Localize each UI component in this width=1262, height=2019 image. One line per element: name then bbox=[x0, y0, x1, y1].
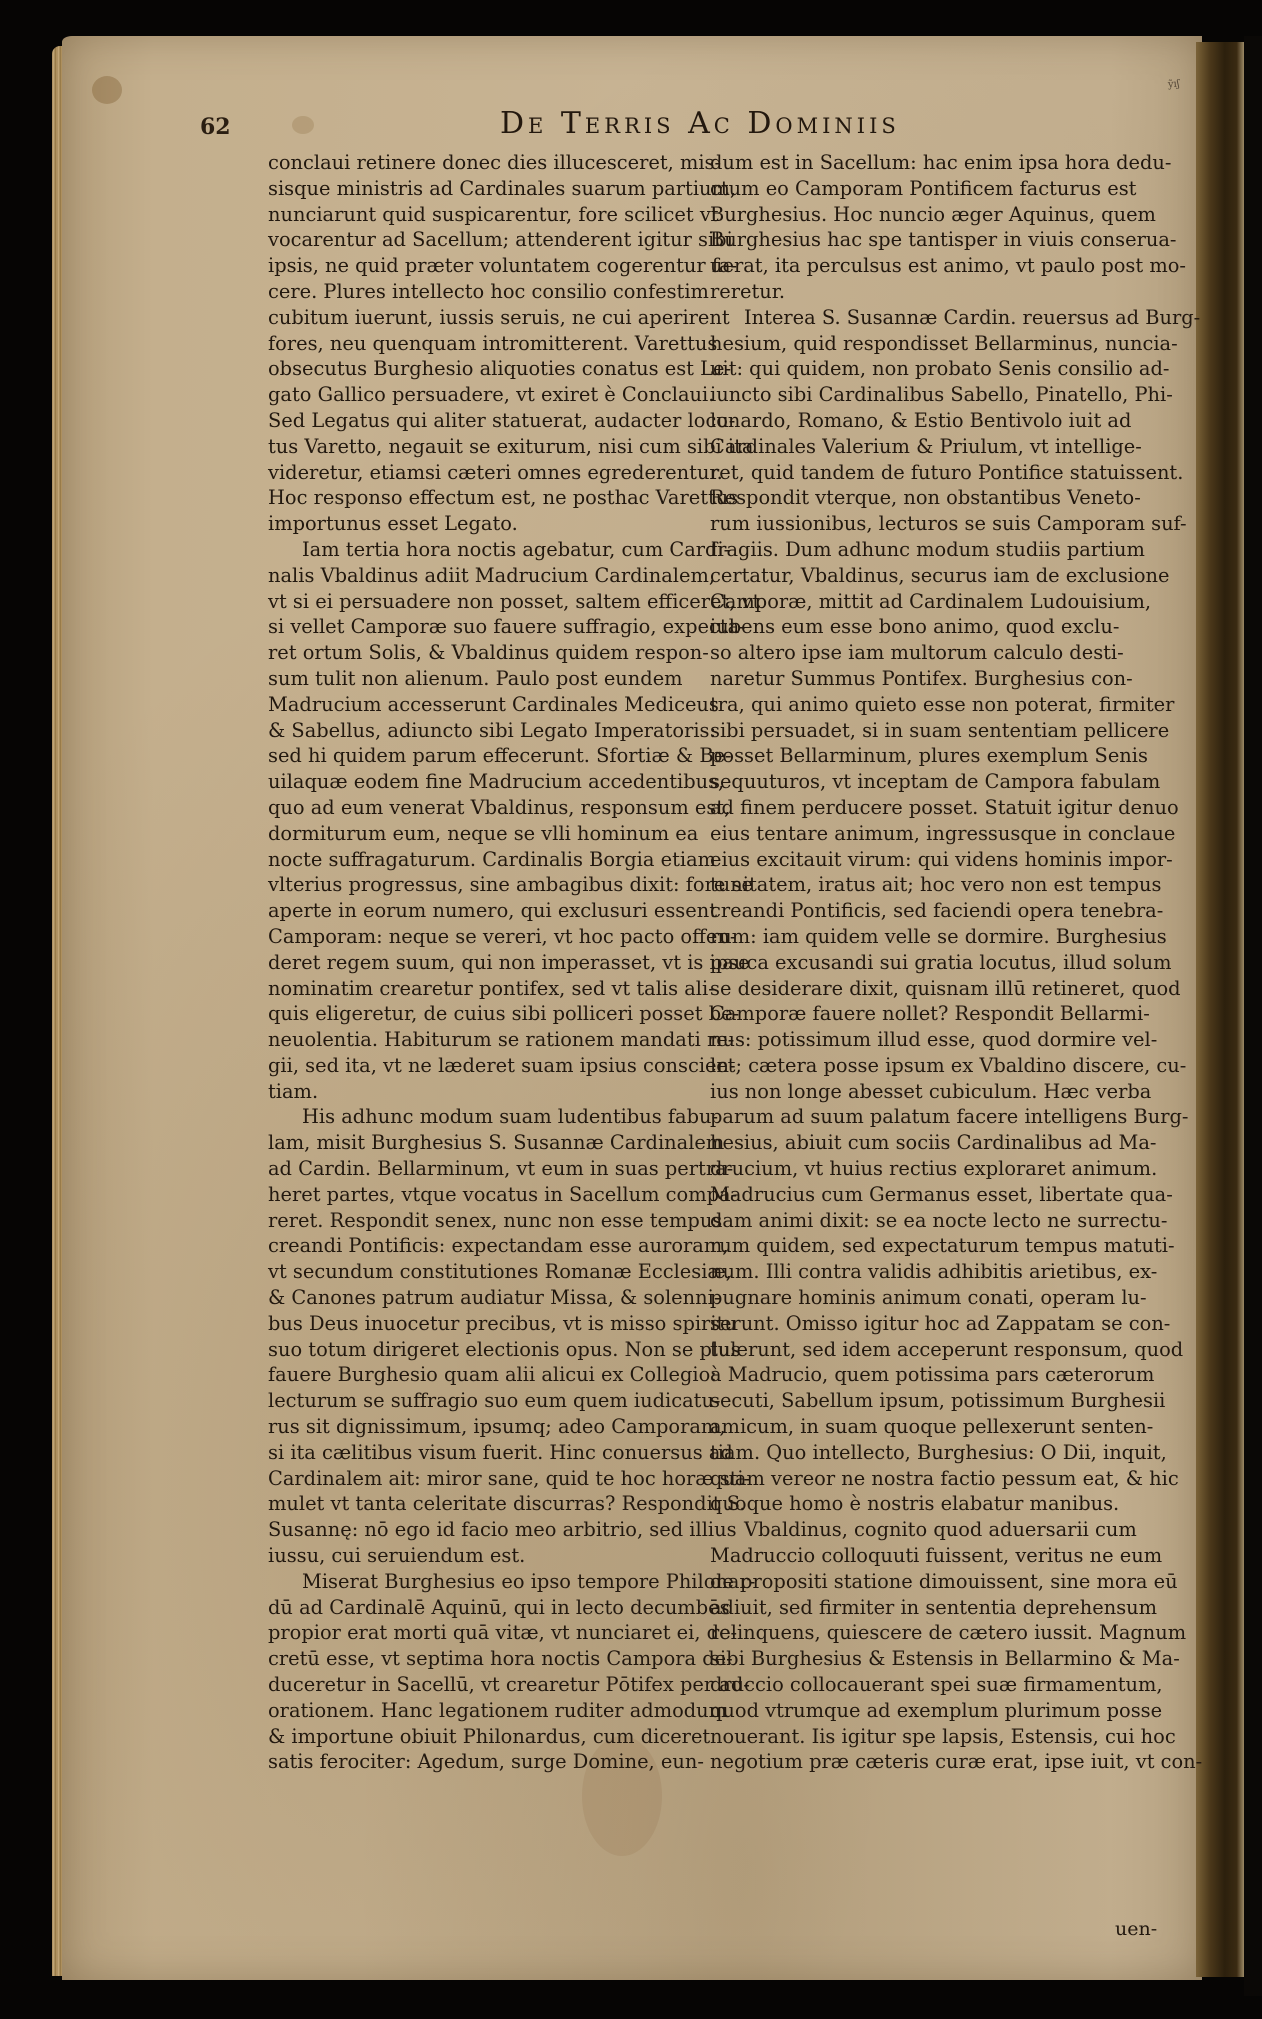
text-line: His adhunc modum suam ludentibus fabu- bbox=[268, 1104, 708, 1130]
text-line: fragiis. Dum adhunc modum studiis partiu… bbox=[710, 537, 1156, 563]
text-line: serunt. Omisso igitur hoc ad Zappatam se… bbox=[710, 1311, 1156, 1337]
text-line: quis eligeretur, de cuius sibi polliceri… bbox=[268, 1001, 708, 1027]
text-line: fores, neu quenquam intromitterent. Vare… bbox=[268, 331, 708, 357]
text-line: tra, qui animo quieto esse non poterat, … bbox=[710, 692, 1156, 718]
text-line: druccio collocauerant spei suæ firmament… bbox=[710, 1672, 1156, 1698]
text-line: lecturum se suffragio suo eum quem iudic… bbox=[268, 1388, 708, 1414]
text-line: Iam tertia hora noctis agebatur, cum Car… bbox=[268, 537, 708, 563]
text-line: satis ferociter: Agedum, surge Domine, e… bbox=[268, 1749, 708, 1775]
text-line: amicum, in suam quoque pellexerunt sente… bbox=[710, 1414, 1156, 1440]
text-line: nominatim crearetur pontifex, sed vt tal… bbox=[268, 976, 708, 1002]
text-line: dam animi dixit: se ea nocte lecto ne su… bbox=[710, 1208, 1156, 1234]
text-line: Miserat Burghesius eo ipso tempore Philo… bbox=[268, 1569, 708, 1595]
text-line: uilaquæ eodem fine Madrucium accedentibu… bbox=[268, 769, 708, 795]
text-line: videretur, etiamsi cæteri omnes egredere… bbox=[268, 460, 708, 486]
text-line: dum est in Sacellum: hac enim ipsa hora … bbox=[710, 150, 1156, 176]
text-line: quo ad eum venerat Vbaldinus, responsum … bbox=[268, 795, 708, 821]
running-header: 62 De Terris Ac Dominiis bbox=[200, 106, 1100, 140]
text-line: orationem. Hanc legationem ruditer admod… bbox=[268, 1698, 708, 1724]
text-line: & Sabellus, adiuncto sibi Legato Imperat… bbox=[268, 718, 708, 744]
text-line: conclaui retinere donec dies illucescere… bbox=[268, 150, 708, 176]
text-line: adiuit, sed firmiter in sententia depreh… bbox=[710, 1595, 1156, 1621]
text-line: rus sit dignissimum, ipsumq; adeo Campor… bbox=[268, 1414, 708, 1440]
text-line: nouerant. Iis igitur spe lapsis, Estensi… bbox=[710, 1724, 1156, 1750]
text-line: Cardinalem ait: miror sane, quid te hoc … bbox=[268, 1466, 708, 1492]
running-title: De Terris Ac Dominiis bbox=[500, 106, 900, 141]
text-line: Susannę: nō ego id facio meo arbitrio, s… bbox=[268, 1517, 708, 1543]
text-line: let; cætera posse ipsum ex Vbaldino disc… bbox=[710, 1053, 1156, 1079]
page-number: 62 bbox=[200, 114, 231, 140]
text-line: ret ortum Solis, & Vbaldinus quidem resp… bbox=[268, 640, 708, 666]
text-line: iubens eum esse bono animo, quod exclu- bbox=[710, 614, 1156, 640]
text-line: & importune obiuit Philonardus, cum dice… bbox=[268, 1724, 708, 1750]
text-line: negotium præ cæteris curæ erat, ipse iui… bbox=[710, 1749, 1156, 1775]
text-line: uit: qui quidem, non probato Senis consi… bbox=[710, 356, 1156, 382]
text-line: pugnare hominis animum conati, operam lu… bbox=[710, 1285, 1156, 1311]
text-line: rum iussionibus, lecturos se suis Campor… bbox=[710, 511, 1156, 537]
text-line: vt si ei persuadere non posset, saltem e… bbox=[268, 589, 708, 615]
text-line: Hoc responso effectum est, ne posthac Va… bbox=[268, 485, 708, 511]
text-line: Madrucius cum Germanus esset, libertate … bbox=[710, 1182, 1156, 1208]
text-line: hesius, abiuit cum sociis Cardinalibus a… bbox=[710, 1130, 1156, 1156]
text-line: gii, sed ita, vt ne læderet suam ipsius … bbox=[268, 1053, 708, 1079]
text-line: nocte suffragaturum. Cardinalis Borgia e… bbox=[268, 847, 708, 873]
text-line: sisque ministris ad Cardinales suarum pa… bbox=[268, 176, 708, 202]
text-line: duceretur in Sacellū, vt crearetur Pōtif… bbox=[268, 1672, 708, 1698]
text-line: sed hi quidem parum effecerunt. Sfortiæ … bbox=[268, 743, 708, 769]
text-line: suo totum dirigeret electionis opus. Non… bbox=[268, 1337, 708, 1363]
text-line: heret partes, vtque vocatus in Sacellum … bbox=[268, 1182, 708, 1208]
text-line: se desiderare dixit, quisnam illū retine… bbox=[710, 976, 1156, 1002]
text-line: neuolentia. Habiturum se rationem mandat… bbox=[268, 1027, 708, 1053]
text-line: quam vereor ne nostra factio pessum eat,… bbox=[710, 1466, 1156, 1492]
text-line: & Canones patrum audiatur Missa, & solen… bbox=[268, 1285, 708, 1311]
text-line: ctum eo Camporam Pontificem facturus est bbox=[710, 176, 1156, 202]
text-line: tunitatem, iratus ait; hoc vero non est … bbox=[710, 872, 1156, 898]
text-line: num. Illi contra validis adhibitis ariet… bbox=[710, 1259, 1156, 1285]
text-line: cubitum iuerunt, iussis seruis, ne cui a… bbox=[268, 305, 708, 331]
text-line: ad finem perducere posset. Statuit igitu… bbox=[710, 795, 1156, 821]
text-line: ius non longe abesset cubiculum. Hæc ver… bbox=[710, 1079, 1156, 1105]
text-line: bus Deus inuocetur precibus, vt is misso… bbox=[268, 1311, 708, 1337]
text-line: aperte in eorum numero, qui exclusuri es… bbox=[268, 898, 708, 924]
text-line: Madruccio colloquuti fuissent, veritus n… bbox=[710, 1543, 1156, 1569]
text-line: Respondit vterque, non obstantibus Venet… bbox=[710, 485, 1156, 511]
text-line: deret regem suum, qui non imperasset, vt… bbox=[268, 950, 708, 976]
text-line: cretū esse, vt septima hora noctis Campo… bbox=[268, 1646, 708, 1672]
text-line: eius excitauit virum: qui videns hominis… bbox=[710, 847, 1156, 873]
text-line: hesium, quid respondisset Bellarminus, n… bbox=[710, 331, 1156, 357]
text-line: drucium, vt huius rectius exploraret ani… bbox=[710, 1156, 1156, 1182]
text-line: vt secundum constitutiones Romanæ Eccles… bbox=[268, 1259, 708, 1285]
text-line: relinquens, quiescere de cætero iussit. … bbox=[710, 1620, 1156, 1646]
text-line: secuti, Sabellum ipsum, potissimum Burgh… bbox=[710, 1388, 1156, 1414]
text-line: reretur. bbox=[710, 279, 1156, 305]
text-line: Burghesius. Hoc nuncio æger Aquinus, que… bbox=[710, 202, 1156, 228]
text-line: obsecutus Burghesio aliquoties conatus e… bbox=[268, 356, 708, 382]
text-line: reret. Respondit senex, nunc non esse te… bbox=[268, 1208, 708, 1234]
text-line: quod vtrumque ad exemplum plurimum posse bbox=[710, 1698, 1156, 1724]
text-column-left: conclaui retinere donec dies illucescere… bbox=[268, 150, 708, 1775]
text-column-right: dum est in Sacellum: hac enim ipsa hora … bbox=[710, 150, 1156, 1775]
text-line: de propositi statione dimouissent, sine … bbox=[710, 1569, 1156, 1595]
text-line: naretur Summus Pontifex. Burghesius con- bbox=[710, 666, 1156, 692]
text-line: posset Bellarminum, plures exemplum Seni… bbox=[710, 743, 1156, 769]
text-line: ipsis, ne quid præter voluntatem cogeren… bbox=[268, 253, 708, 279]
catchword: uen- bbox=[1115, 1918, 1157, 1940]
book-binding-gutter bbox=[1196, 42, 1244, 1977]
text-line: vocarentur ad Sacellum; attenderent igit… bbox=[268, 227, 708, 253]
text-line: nalis Vbaldinus adiit Madrucium Cardinal… bbox=[268, 563, 708, 589]
text-line: sequuturos, vt inceptam de Campora fabul… bbox=[710, 769, 1156, 795]
text-line: Cardinales Valerium & Priulum, vt intell… bbox=[710, 434, 1156, 460]
text-line: Sed Legatus qui aliter statuerat, audact… bbox=[268, 408, 708, 434]
text-line: ret, quid tandem de futuro Pontifice sta… bbox=[710, 460, 1156, 486]
text-line: so altero ipse iam multorum calculo dest… bbox=[710, 640, 1156, 666]
text-line: tulerunt, sed idem acceperunt responsum,… bbox=[710, 1337, 1156, 1363]
text-line: dū ad Cardinalē Aquinū, qui in lecto dec… bbox=[268, 1595, 708, 1621]
text-line: Burghesius hac spe tantisper in viuis co… bbox=[710, 227, 1156, 253]
text-line: rum: iam quidem velle se dormire. Burghe… bbox=[710, 924, 1156, 950]
text-line: propior erat morti quā vitæ, vt nunciare… bbox=[268, 1620, 708, 1646]
text-line: mulet vt tanta celeritate discurras? Res… bbox=[268, 1491, 708, 1517]
text-line: vlterius progressus, sine ambagibus dixi… bbox=[268, 872, 708, 898]
text-line: pauca excusandi sui gratia locutus, illu… bbox=[710, 950, 1156, 976]
text-line: Camporæ, mittit ad Cardinalem Ludouisium… bbox=[710, 589, 1156, 615]
text-line: lam, misit Burghesius S. Susannæ Cardina… bbox=[268, 1130, 708, 1156]
text-line: importunus esset Legato. bbox=[268, 511, 708, 537]
text-line: Vbaldinus, cognito quod aduersarii cum bbox=[710, 1517, 1156, 1543]
text-line: à Madrucio, quem potissima pars cæteroru… bbox=[710, 1362, 1156, 1388]
text-line: nus: potissimum illud esse, quod dormire… bbox=[710, 1027, 1156, 1053]
text-line: tiam. Quo intellecto, Burghesius: O Dii,… bbox=[710, 1440, 1156, 1466]
text-line: creandi Pontificis, sed faciendi opera t… bbox=[710, 898, 1156, 924]
text-line: cere. Plures intellecto hoc consilio con… bbox=[268, 279, 708, 305]
book-spine-edge bbox=[1244, 36, 1262, 1996]
text-line: creandi Pontificis: expectandam esse aur… bbox=[268, 1233, 708, 1259]
text-line: lonardo, Romano, & Estio Bentivolo iuit … bbox=[710, 408, 1156, 434]
text-line: rum quidem, sed expectaturum tempus matu… bbox=[710, 1233, 1156, 1259]
text-line: ad Cardin. Bellarminum, vt eum in suas p… bbox=[268, 1156, 708, 1182]
text-line: fauere Burghesio quam alii alicui ex Col… bbox=[268, 1362, 708, 1388]
text-line: sibi Burghesius & Estensis in Bellarmino… bbox=[710, 1646, 1156, 1672]
text-line: Interea S. Susannæ Cardin. reuersus ad B… bbox=[710, 305, 1156, 331]
text-line: nunciarunt quid suspicarentur, fore scil… bbox=[268, 202, 708, 228]
text-line: si vellet Camporæ suo fauere suffragio, … bbox=[268, 614, 708, 640]
text-line: parum ad suum palatum facere intelligens… bbox=[710, 1104, 1156, 1130]
text-line: tiam. bbox=[268, 1079, 708, 1105]
text-line: certatur, Vbaldinus, securus iam de excl… bbox=[710, 563, 1156, 589]
text-line: tus Varetto, negauit se exiturum, nisi c… bbox=[268, 434, 708, 460]
foxing-stain bbox=[92, 76, 122, 104]
text-line: eius tentare animum, ingressusque in con… bbox=[710, 821, 1156, 847]
text-line: Madrucium accesserunt Cardinales Mediceu… bbox=[268, 692, 708, 718]
text-line: si ita cælitibus visum fuerit. Hinc conu… bbox=[268, 1440, 708, 1466]
text-line: sibi persuadet, si in suam sententiam pe… bbox=[710, 718, 1156, 744]
text-line: Camporæ fauere nollet? Respondit Bellarm… bbox=[710, 1001, 1156, 1027]
text-line: sum tulit non alienum. Paulo post eundem bbox=[268, 666, 708, 692]
text-line: Camporam: neque se vereri, vt hoc pacto … bbox=[268, 924, 708, 950]
text-line: iuncto sibi Cardinalibus Sabello, Pinate… bbox=[710, 382, 1156, 408]
text-line: uerat, ita perculsus est animo, vt paulo… bbox=[710, 253, 1156, 279]
marginal-ink-mark: ỹıʃ bbox=[1168, 80, 1180, 91]
text-line: quoque homo è nostris elabatur manibus. bbox=[710, 1491, 1156, 1517]
text-line: iussu, cui seruiendum est. bbox=[268, 1543, 708, 1569]
text-line: gato Gallico persuadere, vt exiret è Con… bbox=[268, 382, 708, 408]
text-line: dormiturum eum, neque se vlli hominum ea bbox=[268, 821, 708, 847]
